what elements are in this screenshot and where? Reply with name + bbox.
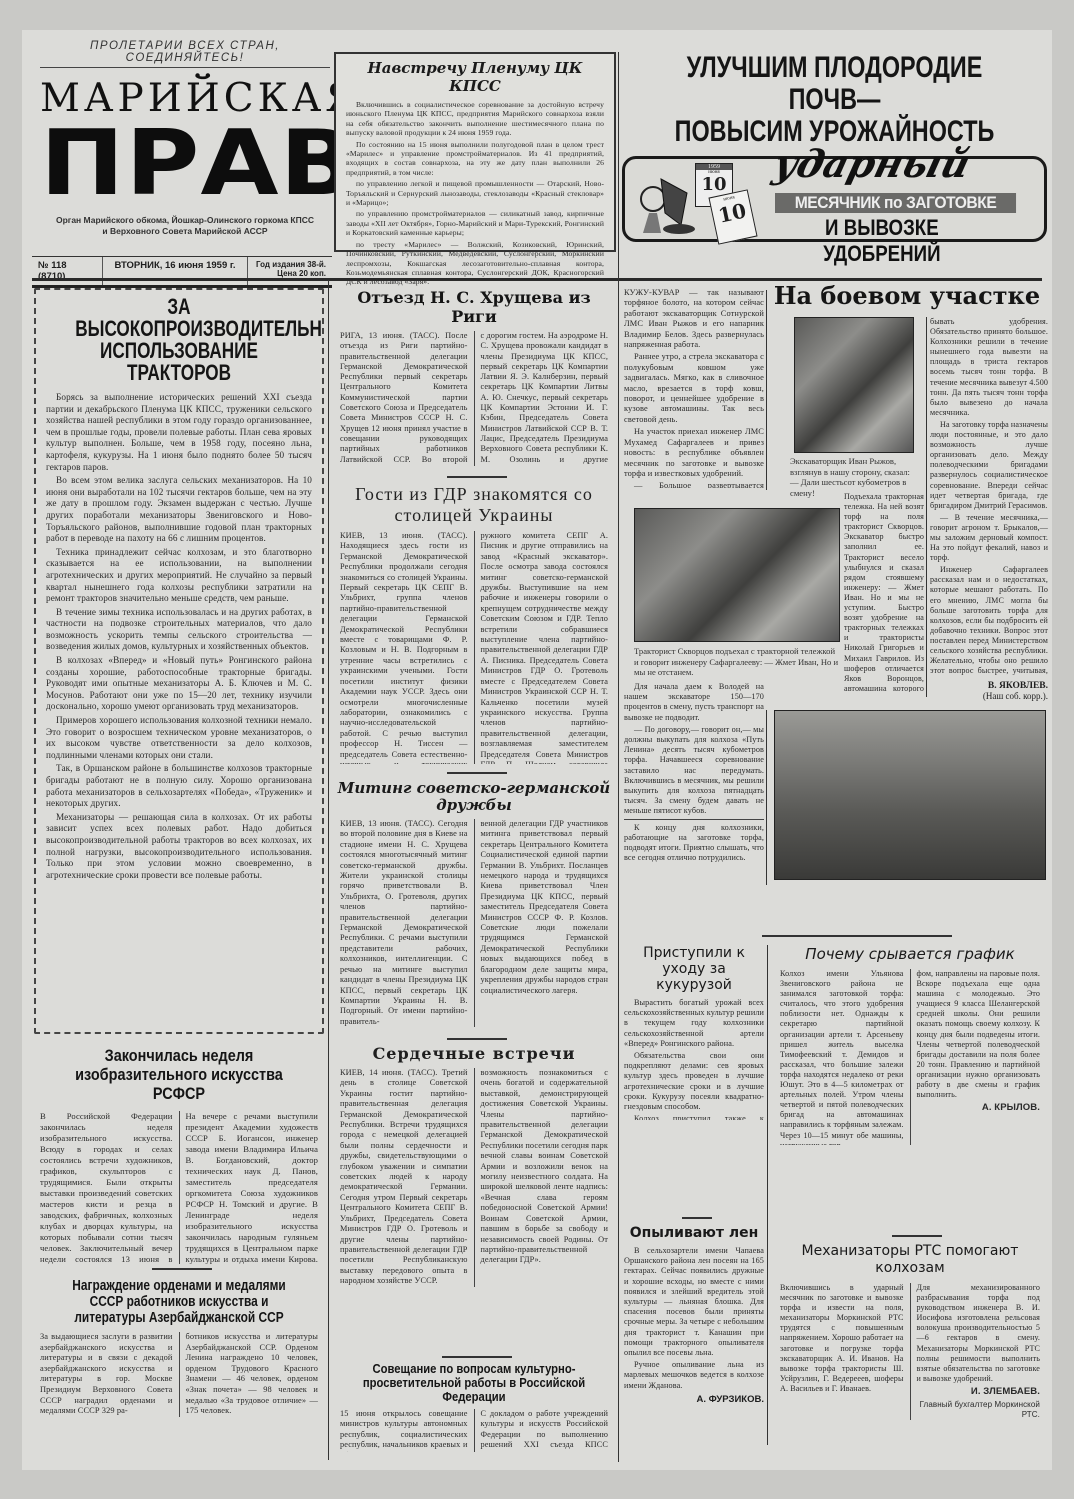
editorial-paragraph: Во всем этом велика заслуга сельских мех… [46, 475, 312, 545]
flax-paragraph: Ручное опыливание льна из марлевых мешоч… [624, 1360, 764, 1391]
separator-ornament [152, 1268, 212, 1270]
column-rule [766, 710, 767, 885]
cordial-col2: возможность познакомиться с очень богато… [474, 1068, 615, 1287]
editorial-paragraph: В течение зимы техника использовалась и … [46, 607, 312, 653]
price: Цена 20 коп. [254, 269, 326, 278]
rally-col1: Сегодня во второй половине дня в Киеве н… [340, 819, 468, 1026]
combat-right-column: бывать удобрения. Обязательство принято … [930, 317, 1048, 677]
calendar-page-icon: июня 10 [708, 189, 757, 244]
kuzhu-paragraph: Для начала даем к Володей на нашем экска… [624, 682, 764, 723]
culture-col2: С докладом о работе учреждений культуры … [474, 1409, 615, 1452]
kuzhu-paragraph: На участок приехал инженер ЛМС Мухамед С… [624, 427, 764, 479]
masthead: ПРОЛЕТАРИИ ВСЕХ СТРАН, СОЕДИНЯЙТЕСЬ! МАР… [40, 40, 330, 237]
column-rule [926, 317, 927, 697]
schedule-author: А. КРЫЛОВ. [917, 1103, 1041, 1113]
rts-col1: Включившись в ударный месячник по загото… [774, 1283, 910, 1420]
slogan: ПРОЛЕТАРИИ ВСЕХ СТРАН, СОЕДИНЯЙТЕСЬ! [40, 40, 330, 68]
art-week-col1: В Российской Федерации закончилась недел… [34, 1111, 179, 1264]
separator-rule [682, 1217, 712, 1219]
flax-paragraph: В сельхозартели имени Чапаева Оршанского… [624, 1246, 764, 1358]
editorial-headline: ЗА ВЫСОКОПРОИЗВОДИТЕЛЬНОЕ ИСПОЛЬЗОВАНИЕ … [75, 296, 282, 384]
plenum-headline: Навстречу Пленуму ЦК КПСС [346, 59, 604, 95]
separator-ornament [442, 1356, 512, 1358]
article-flax: Опыливают лен В сельхозартели имени Чапа… [624, 1225, 764, 1445]
campaign-line-a: МЕСЯЧНИК по ЗАГОТОВКЕ [775, 193, 1016, 213]
issue-bar: № 118 (8710) ВТОРНИК, 16 июня 1959 г. Го… [32, 256, 332, 288]
newspaper-page: ПРОЛЕТАРИИ ВСЕХ СТРАН, СОЕДИНЯЙТЕСЬ! МАР… [22, 30, 1052, 1470]
organ-line-2: и Верховного Совета Марийской АССР [40, 226, 330, 237]
dateline: РИГА, 13 июня. (ТАСС). [340, 331, 440, 340]
kuzhu-paragraph: Раннее утро, а стрела экскаватора с полу… [624, 352, 764, 425]
article-kuzhu-kuvar-top: КУЖУ-КУВАР — так называют торфяное болот… [624, 288, 764, 488]
article-awards: Награждение орденами и медалями СССР раб… [34, 1278, 324, 1418]
flax-author: А. ФУРЗИКОВ. [624, 1394, 764, 1405]
editorial-paragraph: Борясь за выполнение исторических решени… [46, 392, 312, 473]
flax-headline: Опыливают лен [624, 1225, 764, 1241]
separator-rule [447, 772, 507, 774]
gdr-col1: Находящиеся здесь гости из Германской Де… [340, 541, 468, 764]
editorial-paragraph: В колхозах «Вперед» и «Новый путь» Ронги… [46, 655, 312, 713]
organ-line-1: Орган Марийского обкома, Йошкар-Олинског… [40, 215, 330, 226]
editorial-paragraph: Техника принадлежит сейчас колхозам, и э… [46, 547, 312, 605]
article-art-week: Закончилась неделя изобразительного иску… [34, 1046, 324, 1264]
author-note: (Наш соб. корр.). [930, 691, 1048, 701]
khrushchev-col2: с дорогим гостем. На аэродроме Н. С. Хру… [474, 331, 615, 466]
combat-paragraph: — В течение месячника,— говорит агроном … [930, 513, 1048, 563]
combat-paragraph: На заготовку торфа назначены люди постоя… [930, 420, 1048, 511]
schedule-col1: Колхоз имени Ульянова Звениговского райо… [774, 969, 910, 1145]
schedule-col2: фом, направлены на паровые поля. Вскоре … [917, 969, 1041, 1099]
kuzhu-paragraph: КУЖУ-КУВАР — так называют торфяное болот… [624, 288, 764, 350]
year-of-publication: Год издания 38-й. [254, 260, 326, 269]
cordial-col1: Третий день в столице Советской Украины … [340, 1068, 468, 1285]
combat-headline: На боевом участке [772, 282, 1042, 310]
corn-paragraph: Колхоз приступил также к боронованию пос… [624, 1114, 764, 1120]
art-week-headline: Закончилась неделя изобразительного иску… [56, 1046, 303, 1103]
editorial-tractors: ЗА ВЫСОКОПРОИЗВОДИТЕЛЬНОЕ ИСПОЛЬЗОВАНИЕ … [34, 288, 324, 1034]
art-week-col2: На вечере с речами выступили президент А… [179, 1111, 325, 1264]
gdr-col2: ружного комитета СЕПГ А. Писник и другие… [481, 531, 609, 764]
khrushchev-headline: Отъезд Н. С. Хрущева из Риги [334, 288, 614, 326]
article-kuzhu-kuvar-bottom: Для начала даем к Володей на нашем экска… [624, 682, 764, 882]
editorial-paragraph: Так, в Оршанском районе в большинстве ко… [46, 763, 312, 809]
combat-signature: В. ЯКОВЛЕВ. (Наш соб. корр.). [930, 678, 1048, 701]
rts-col2: Для механизированного разбрасывания торф… [917, 1283, 1041, 1383]
culture-col1: 15 июня открылось совещание министров ку… [334, 1409, 474, 1452]
rts-headline: Механизаторы РТС помогают колхозам [774, 1243, 1046, 1277]
dateline: КИЕВ, 13 июня. (ТАСС). [340, 531, 468, 540]
truck-illustration-icon [635, 169, 695, 235]
column-rule [328, 280, 329, 1460]
editorial-paragraph: Примеров хорошего использования колхозно… [46, 715, 312, 761]
culture-headline: Совещание по вопросам культурно-просвети… [348, 1362, 600, 1404]
separator-rule [447, 1038, 507, 1040]
photo-field-workers [774, 710, 1046, 880]
article-khrushchev: Отъезд Н. С. Хрущева из Риги РИГА, 13 ию… [334, 288, 614, 466]
kuzhu-paragraph: — Большое развертывается соревнование,— … [624, 481, 764, 488]
plenum-paragraph: по управлению легкой и пищевой промышлен… [346, 179, 604, 207]
campaign-headline-line1: УЛУЧШИМ ПЛОДОРОДИЕ ПОЧВ— [669, 52, 1001, 116]
combat-middle-text: Подъехала тракторная тележка. На ней воз… [844, 492, 924, 692]
rts-author-title: Главный бухгалтер Моркинской РТС. [917, 1400, 1041, 1420]
gdr-headline: Гости из ГДР знакомятся со столицей Укра… [334, 484, 614, 526]
khrushchev-col1: После отъезда из Риги партийно-правитель… [340, 331, 468, 466]
article-friendship-rally: Митинг советско-германской дружбы КИЕВ, … [334, 780, 614, 1030]
plenum-box: Навстречу Пленуму ЦК КПСС Включившись в … [334, 52, 616, 252]
photo-excavator-operator [794, 317, 914, 453]
plenum-paragraph: Включившись в социалистическое соревнова… [346, 100, 604, 138]
corn-paragraph: Обязательства свои они подкрепляют делам… [624, 1051, 764, 1112]
photo2-caption: Тракторист Скворцов подъехал с тракторно… [634, 646, 840, 678]
rts-author: И. ЗЛЕМБАЕВ. [917, 1387, 1041, 1397]
rally-col2: венной делегации ГДР участников митинга … [474, 819, 615, 1027]
script-word: ударный [769, 141, 975, 186]
article-corn: Приступили к уходу за кукурузой Вырастит… [624, 945, 764, 1120]
section-rule [762, 935, 952, 937]
separator-rule [892, 1235, 942, 1237]
column-rule [618, 52, 619, 1462]
campaign-banner: УЛУЧШИМ ПЛОДОРОДИЕ ПОЧВ— ПОВЫСИМ УРОЖАЙН… [622, 52, 1047, 242]
kuzhu-paragraph: — По договору,— говорит он,— мы должны в… [624, 725, 764, 817]
calendar-day: 10 [696, 175, 732, 195]
article-culture-meeting: Совещание по вопросам культурно-просвети… [334, 1362, 614, 1452]
awards-headline: Награждение орденами и медалями СССР раб… [60, 1278, 298, 1326]
kuzhu-paragraph: К концу дня колхозники, работающие на за… [624, 819, 764, 864]
masthead-title-line2: ПРАВДА [40, 119, 365, 209]
article-rts: Механизаторы РТС помогают колхозам Включ… [774, 1243, 1046, 1443]
schedule-headline: Почему срывается график [774, 945, 1046, 963]
corn-paragraph: Вырастить богатый урожай всех сельскохоз… [624, 998, 764, 1049]
separator-rule [447, 476, 507, 478]
dateline: КИЕВ, 14 июня. (ТАСС). [340, 1068, 437, 1077]
corn-headline: Приступили к уходу за кукурузой [624, 945, 764, 993]
column-rule [766, 290, 767, 490]
editorial-paragraph: Механизаторы — решающая сила в колхозах.… [46, 812, 312, 882]
combat-paragraph: Инженер Сафаргалеев рассказал нам и о не… [930, 565, 1048, 677]
article-schedule: Почему срывается график Колхоз имени Уль… [774, 945, 1046, 1145]
plenum-paragraph: По состоянию на 15 июня выполнили полуго… [346, 140, 604, 178]
photo-tractor-driver [634, 508, 840, 642]
campaign-line-b: И ВЫВОЗКЕ УДОБРЕНИЙ [765, 215, 999, 267]
dateline: КИЕВ, 13 июня. (ТАСС). [340, 819, 434, 828]
column-rule [767, 945, 768, 1445]
cordial-headline: Сердечные встречи [334, 1044, 614, 1063]
awards-col1: За выдающиеся заслуги в развитии азербай… [34, 1332, 179, 1417]
article-cordial-meetings: Сердечные встречи КИЕВ, 14 июня. (ТАСС).… [334, 1044, 614, 1308]
awards-col2: ботников искусства и литературы Азербайд… [179, 1332, 325, 1417]
plenum-paragraph: по управлению промстройматериалов — сили… [346, 209, 604, 237]
combat-paragraph: бывать удобрения. Обязательство принято … [930, 317, 1048, 418]
article-gdr-guests: Гости из ГДР знакомятся со столицей Укра… [334, 484, 614, 764]
author: В. ЯКОВЛЕВ. [930, 681, 1048, 691]
rally-headline: Митинг советско-германской дружбы [334, 780, 614, 814]
